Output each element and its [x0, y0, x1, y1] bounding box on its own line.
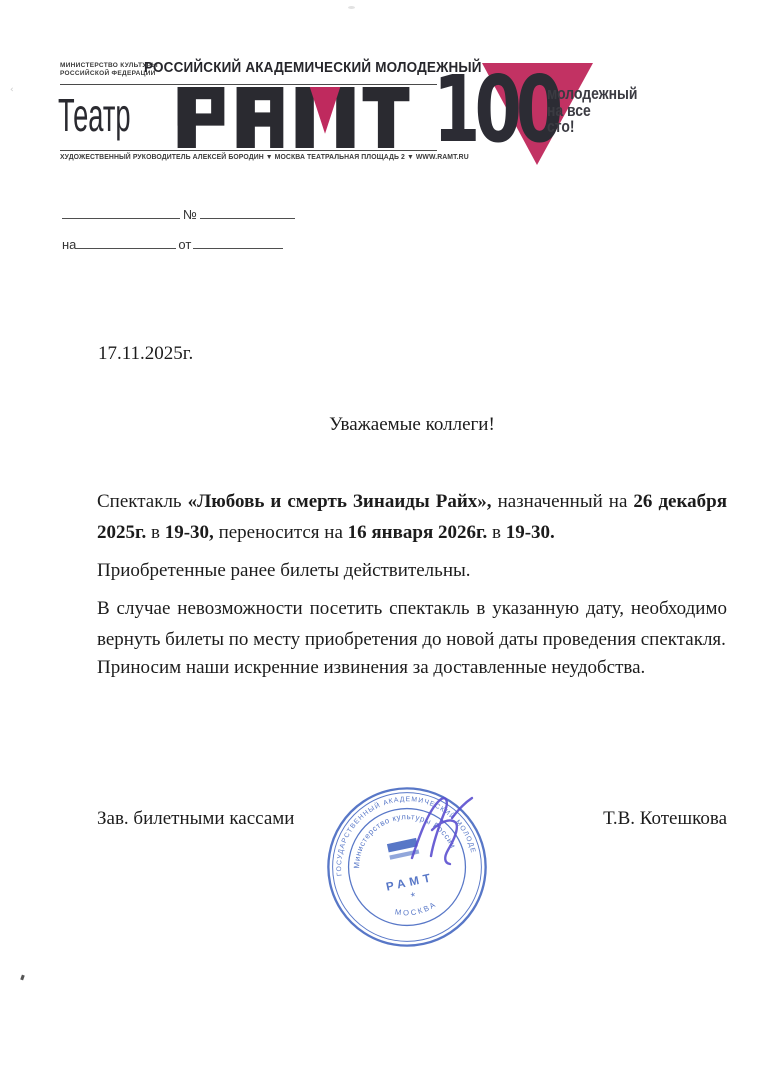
centenary-number: 100	[433, 64, 557, 156]
from-label: от	[176, 237, 193, 252]
letter-date: 17.11.2025г.	[98, 338, 193, 369]
letterhead-top-rule	[60, 84, 437, 85]
paragraph-return-line1: В случае невозможности посетить спектакл…	[97, 593, 727, 624]
signature-role: Зав. билетными кассами	[97, 803, 294, 834]
stamp-star: *	[410, 890, 418, 904]
handwritten-signature	[388, 778, 498, 888]
scan-speck	[20, 975, 25, 981]
number-left-blank	[62, 204, 180, 219]
theatre-word: Театр	[58, 90, 131, 143]
salutation: Уважаемые коллеги!	[97, 409, 727, 440]
paragraph-apology: Приносим наши искренние извинения за дос…	[97, 652, 727, 683]
reference-row-number: №	[62, 204, 295, 222]
on-label: на	[62, 237, 76, 252]
ramt-logo-triangle-icon	[310, 87, 341, 134]
number-label: №	[180, 207, 200, 222]
scanned-letter-page: МИНИСТЕРСТВО КУЛЬТУРЫ РОССИЙСКОЙ ФЕДЕРАЦ…	[0, 0, 763, 1086]
centenary-slogan-line3: сто!	[547, 119, 637, 136]
scan-smudge	[348, 6, 355, 9]
signature-name: Т.В. Котешкова	[603, 803, 727, 834]
paragraph-return-line2: вернуть билеты по месту приобретения до …	[97, 624, 727, 655]
letterhead-footer: ХУДОЖЕСТВЕННЫЙ РУКОВОДИТЕЛЬ АЛЕКСЕЙ БОРО…	[60, 154, 432, 161]
reference-row-onfrom: наот	[62, 234, 283, 252]
on-blank	[76, 234, 176, 249]
paragraph-return-tickets: В случае невозможности посетить спектакл…	[97, 593, 727, 655]
from-blank	[193, 234, 283, 249]
centenary-slogan: молодежный на все сто!	[547, 86, 637, 136]
number-right-blank	[200, 204, 295, 219]
ramt-logo	[150, 87, 437, 148]
scan-mark: ‹	[10, 85, 14, 95]
org-heading: РОССИЙСКИЙ АКАДЕМИЧЕСКИЙ МОЛОДЕЖНЫЙ	[144, 60, 482, 76]
paragraph-reschedule: Спектакль «Любовь и смерть Зинаиды Райх»…	[97, 486, 727, 548]
paragraph-reschedule-line1: Спектакль «Любовь и смерть Зинаиды Райх»…	[97, 486, 727, 517]
letterhead-bottom-rule	[60, 150, 437, 151]
paragraph-tickets-valid: Приобретенные ранее билеты действительны…	[97, 555, 727, 586]
paragraph-reschedule-line2: 2025г. в 19-30, переносится на 16 января…	[97, 517, 727, 548]
